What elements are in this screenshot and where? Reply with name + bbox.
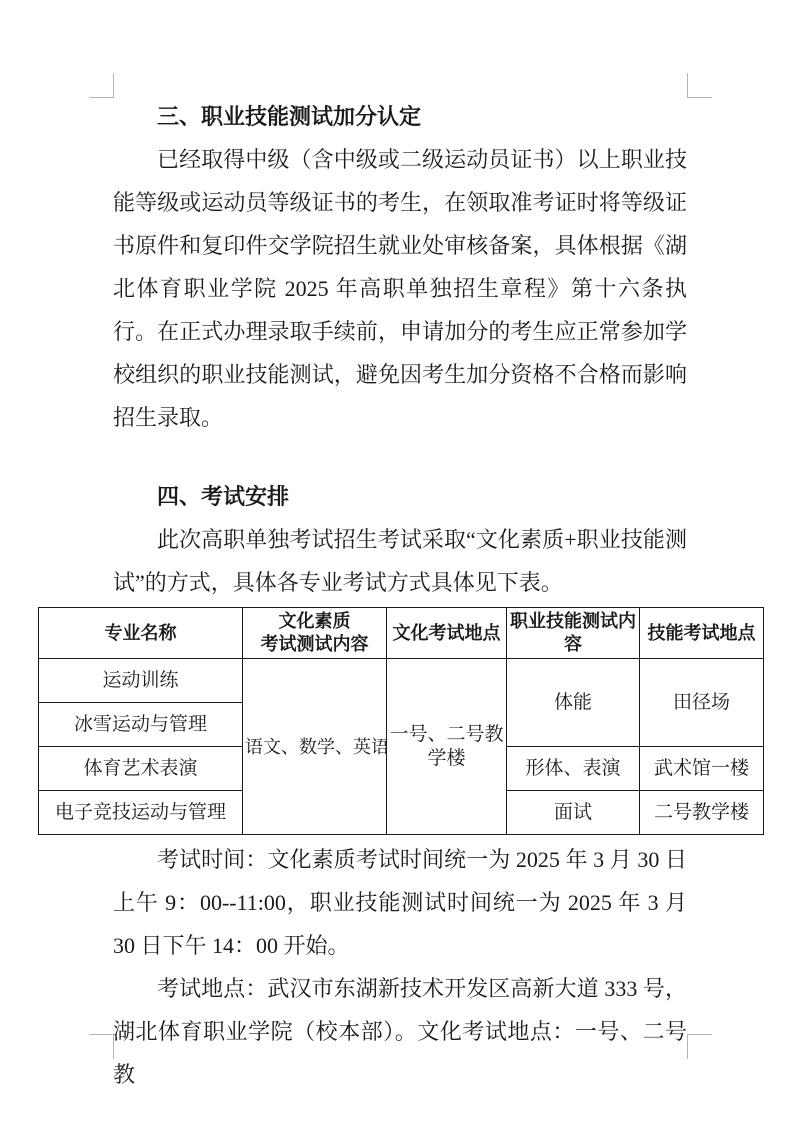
table-header-row: 专业名称 文化素质 考试测试内容 文化考试地点 职业技能测试内 容 技能考试地点 xyxy=(39,608,764,659)
header-culture-test-content: 文化素质 考试测试内容 xyxy=(243,608,387,659)
major-cell: 体育艺术表演 xyxy=(39,747,243,791)
skill-location-cell: 二号教学楼 xyxy=(640,791,764,835)
paragraph-exam-time: 考试时间：文化素质考试时间统一为 2025 年 3 月 30 日上午 9：00-… xyxy=(113,838,687,967)
blank-line xyxy=(113,439,687,475)
paragraph-bonus-recognition: 已经取得中级（含中级或二级运动员证书）以上职业技能等级或运动员等级证书的考生，在… xyxy=(113,138,687,439)
document-content: 三、职业技能测试加分认定 已经取得中级（含中级或二级运动员证书）以上职业技能等级… xyxy=(113,95,687,1096)
section-heading-exam-arrangement: 四、考试安排 xyxy=(113,475,687,518)
header-skill-test-content: 职业技能测试内 容 xyxy=(507,608,640,659)
culture-content-cell: 语文、数学、英语 xyxy=(243,659,387,835)
culture-location-cell: 一号、二号教学楼 xyxy=(387,659,507,835)
text-boundary-mark-top-left xyxy=(89,73,114,98)
skill-content-cell: 面试 xyxy=(507,791,640,835)
paragraph-exam-method: 此次高职单独考试招生考试采取“文化素质+职业技能测试”的方式，具体各专业考试方式… xyxy=(113,518,687,604)
major-cell: 冰雪运动与管理 xyxy=(39,703,243,747)
document-page: 三、职业技能测试加分认定 已经取得中级（含中级或二级运动员证书）以上职业技能等级… xyxy=(0,0,800,1131)
skill-location-cell: 武术馆一楼 xyxy=(640,747,764,791)
text-boundary-mark-bottom-right xyxy=(687,1034,712,1059)
table-row: 运动训练 语文、数学、英语 一号、二号教学楼 体能 田径场 xyxy=(39,659,764,703)
skill-content-cell: 形体、表演 xyxy=(507,747,640,791)
paragraph-exam-location: 考试地点：武汉市东湖新技术开发区高新大道 333 号，湖北体育职业学院（校本部）… xyxy=(113,967,687,1096)
skill-content-cell: 体能 xyxy=(507,659,640,747)
exam-arrangement-table: 专业名称 文化素质 考试测试内容 文化考试地点 职业技能测试内 容 技能考试地点… xyxy=(38,607,764,835)
major-cell: 电子竞技运动与管理 xyxy=(39,791,243,835)
header-culture-test-location: 文化考试地点 xyxy=(387,608,507,659)
header-skill-test-location: 技能考试地点 xyxy=(640,608,764,659)
skill-location-cell: 田径场 xyxy=(640,659,764,747)
text-boundary-mark-top-right xyxy=(687,73,712,98)
major-cell: 运动训练 xyxy=(39,659,243,703)
header-major-name: 专业名称 xyxy=(39,608,243,659)
section-heading-skill-bonus: 三、职业技能测试加分认定 xyxy=(113,95,687,138)
text-boundary-mark-bottom-left xyxy=(89,1034,114,1059)
